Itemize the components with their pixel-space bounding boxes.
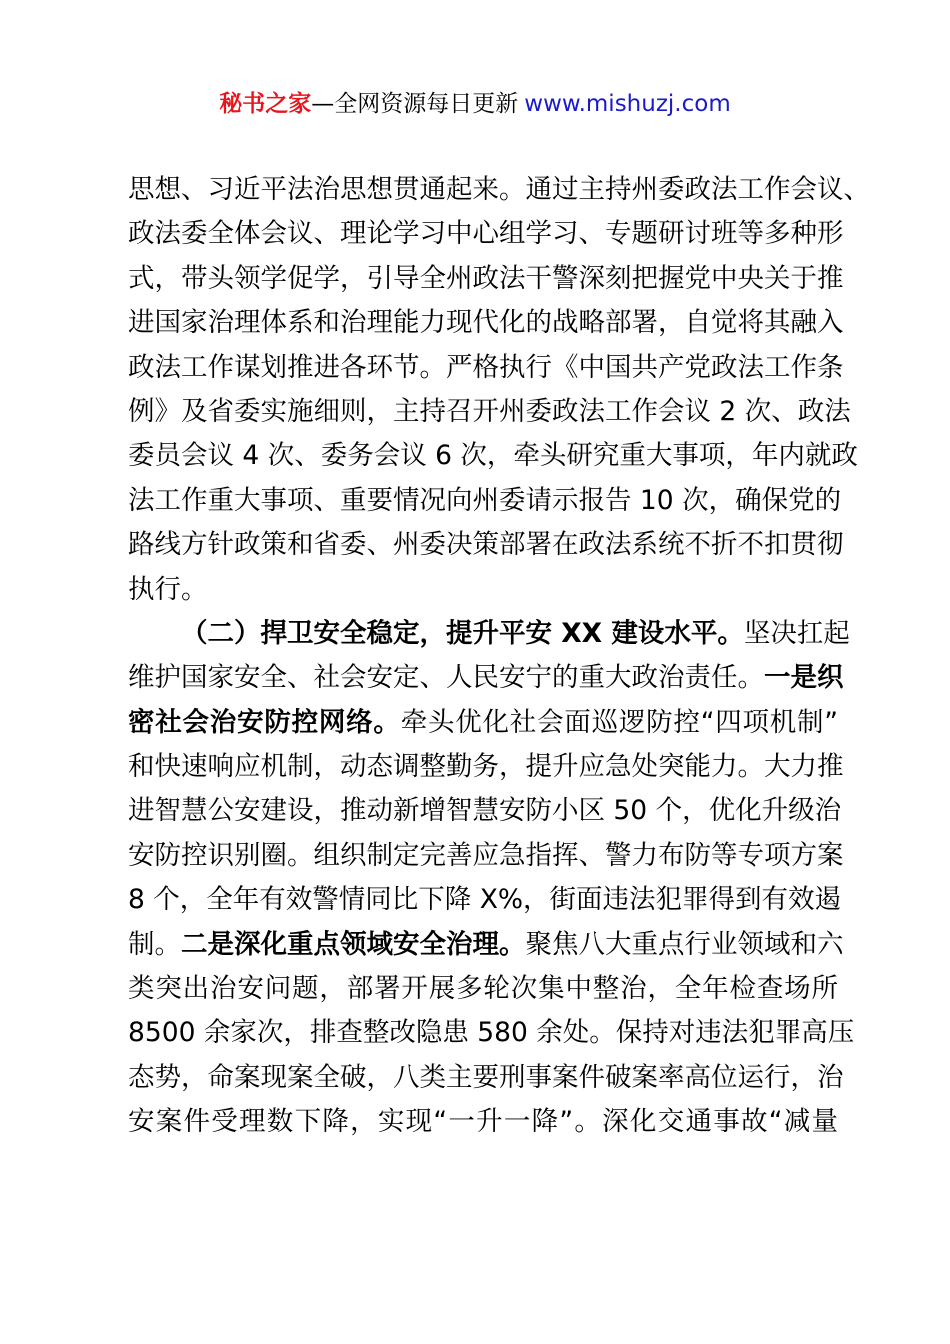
text-line: 态势，命案现案全破，八类主要刑事案件破案率高位运行，治 bbox=[128, 1056, 838, 1100]
text-line: 法工作重大事项、重要情况向州委请示报告 10 次，确保党的 bbox=[128, 479, 838, 523]
body-text: 态势，命案现案全破，八类主要刑事案件破案率高位运行，治 bbox=[128, 1062, 844, 1093]
text-line: 政法工作谋划推进各环节。严格执行《中国共产党政法工作条 bbox=[128, 346, 838, 390]
text-line: 和快速响应机制，动态调整勤务，提升应急处突能力。大力推 bbox=[128, 745, 838, 789]
text-line: 执行。 bbox=[128, 568, 838, 612]
text-line: 8 个，全年有效警情同比下降 X%，街面违法犯罪得到有效遏 bbox=[128, 878, 838, 922]
text-line: 制。二是深化重点领域安全治理。聚焦八大重点行业领域和六 bbox=[128, 923, 838, 967]
body-text: 法工作重大事项、重要情况向州委请示报告 10 次，确保党的 bbox=[128, 485, 841, 516]
text-line: 进智慧公安建设，推动新增智慧安防小区 50 个，优化升级治 bbox=[128, 789, 838, 833]
text-line: 类突出治安问题，部署开展多轮次集中整治，全年检查场所 bbox=[128, 967, 838, 1011]
text-line: （二）捍卫安全稳定，提升平安 XX 建设水平。坚决扛起 bbox=[128, 612, 838, 656]
body-text: 例》及省委实施细则，主持召开州委政法工作会议 2 次、政法 bbox=[128, 396, 851, 427]
bold-heading-text: 密社会治安防控网络。 bbox=[128, 707, 401, 738]
body-text: 坚决扛起 bbox=[744, 618, 850, 649]
body-text: 进智慧公安建设，推动新增智慧安防小区 50 个，优化升级治 bbox=[128, 795, 841, 826]
body-text: 维护国家安全、社会安定、人民安宁的重大政治责任。 bbox=[128, 662, 764, 693]
body-text: 执行。 bbox=[128, 574, 208, 605]
document-body: 思想、习近平法治思想贯通起来。通过主持州委政法工作会议、政法委全体会议、理论学习… bbox=[128, 168, 838, 1145]
text-line: 安案件受理数下降，实现“一升一降”。深化交通事故“减量 bbox=[128, 1100, 838, 1144]
body-text: 制。 bbox=[128, 929, 181, 960]
text-line: 路线方针政策和省委、州委决策部署在政法系统不折不扣贯彻 bbox=[128, 523, 838, 567]
text-line: 进国家治理体系和治理能力现代化的战略部署，自觉将其融入 bbox=[128, 301, 838, 345]
text-line: 例》及省委实施细则，主持召开州委政法工作会议 2 次、政法 bbox=[128, 390, 838, 434]
text-line: 维护国家安全、社会安定、人民安宁的重大政治责任。一是织 bbox=[128, 656, 838, 700]
site-header: 秘书之家—全网资源每日更新www.mishuzj.com bbox=[0, 86, 950, 122]
body-text: 进国家治理体系和治理能力现代化的战略部署，自觉将其融入 bbox=[128, 307, 844, 338]
text-line: 政法委全体会议、理论学习中心组学习、专题研讨班等多种形 bbox=[128, 212, 838, 256]
bold-heading-text: 一是织 bbox=[764, 662, 844, 693]
site-url-link[interactable]: www.mishuzj.com bbox=[524, 91, 730, 117]
body-text: 8 个，全年有效警情同比下降 X%，街面违法犯罪得到有效遏 bbox=[128, 884, 841, 915]
body-text: 政法委全体会议、理论学习中心组学习、专题研讨班等多种形 bbox=[128, 218, 844, 249]
text-line: 委员会议 4 次、委务会议 6 次，牵头研究重大事项，年内就政 bbox=[128, 434, 838, 478]
body-text: 安案件受理数下降，实现“一升一降”。深化交通事故“减量 bbox=[128, 1106, 838, 1137]
text-line: 密社会治安防控网络。牵头优化社会面巡逻防控“四项机制” bbox=[128, 701, 838, 745]
body-text: 政法工作谋划推进各环节。严格执行《中国共产党政法工作条 bbox=[128, 352, 844, 383]
body-text: 和快速响应机制，动态调整勤务，提升应急处突能力。大力推 bbox=[128, 751, 844, 782]
body-text: 思想、习近平法治思想贯通起来。通过主持州委政法工作会议、 bbox=[128, 174, 870, 205]
brand-name: 秘书之家 bbox=[219, 91, 311, 117]
text-line: 8500 余家次，排查整改隐患 580 余处。保持对违法犯罪高压 bbox=[128, 1011, 838, 1055]
body-text: 类突出治安问题，部署开展多轮次集中整治，全年检查场所 bbox=[128, 973, 838, 1004]
text-line: 安防控识别圈。组织制定完善应急指挥、警力布防等专项方案 bbox=[128, 834, 838, 878]
text-line: 思想、习近平法治思想贯通起来。通过主持州委政法工作会议、 bbox=[128, 168, 838, 212]
body-text: 委员会议 4 次、委务会议 6 次，牵头研究重大事项，年内就政 bbox=[128, 440, 858, 471]
body-text: 路线方针政策和省委、州委决策部署在政法系统不折不扣贯彻 bbox=[128, 529, 844, 560]
bold-heading-text: 二是深化重点领域安全治理。 bbox=[181, 929, 526, 960]
body-text: 8500 余家次，排查整改隐患 580 余处。保持对违法犯罪高压 bbox=[128, 1017, 854, 1048]
header-tagline: —全网资源每日更新 bbox=[311, 91, 518, 117]
text-line: 式，带头领学促学，引导全州政法干警深刻把握党中央关于推 bbox=[128, 257, 838, 301]
body-text: 聚焦八大重点行业领域和六 bbox=[526, 929, 844, 960]
body-text: 式，带头领学促学，引导全州政法干警深刻把握党中央关于推 bbox=[128, 263, 844, 294]
body-text: 安防控识别圈。组织制定完善应急指挥、警力布防等专项方案 bbox=[128, 840, 844, 871]
body-text: 牵头优化社会面巡逻防控“四项机制” bbox=[401, 707, 838, 738]
bold-heading-text: （二）捍卫安全稳定，提升平安 XX 建设水平。 bbox=[181, 618, 744, 649]
